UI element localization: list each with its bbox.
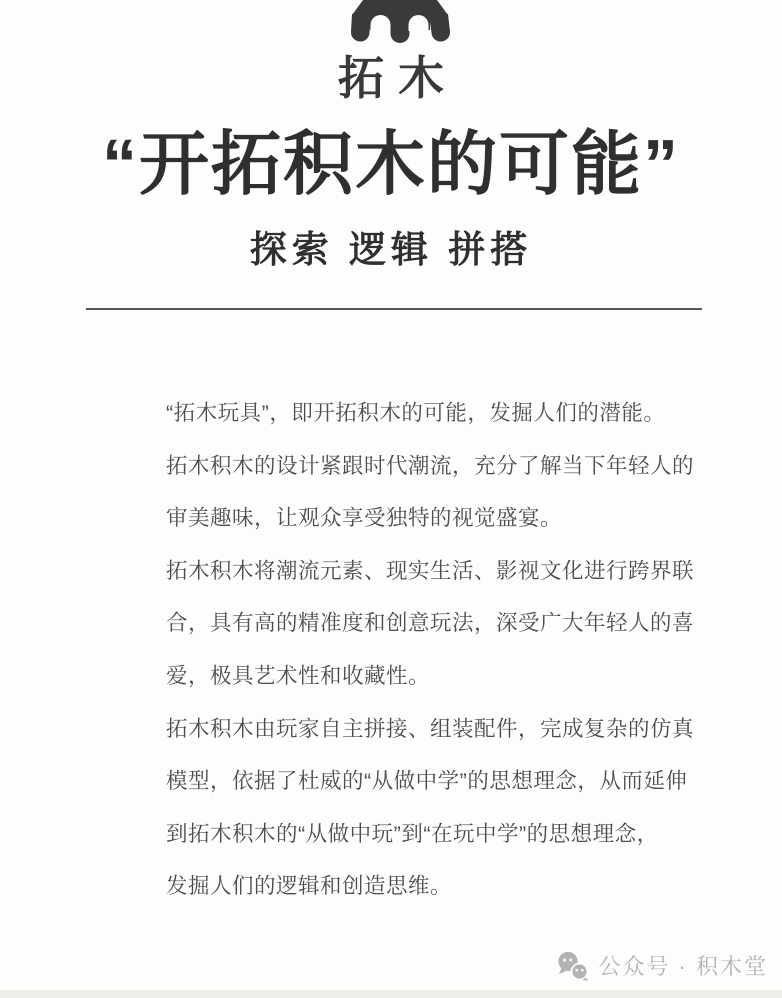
article-line: 到拓木积木的“从做中玩”到“在玩中学”的思想理念， [166,808,646,861]
article-line: 发掘人们的逻辑和创造思维。 [166,860,646,913]
divider-rule [86,308,702,310]
subtitle: 探索 逻辑 拼搭 [0,227,782,273]
brand-logotype: 拓木 [0,52,782,104]
bottom-strip [0,990,782,998]
article-line: 拓木积木将潮流元素、现实生活、影视文化进行跨界联 [166,545,646,598]
wechat-icon [557,951,590,982]
article-line: 爱，极具艺术性和收藏性。 [166,650,646,703]
watermark-label: 公众号 · 积木堂 [598,951,768,982]
brand-logo [340,0,460,46]
awning-mark-icon [340,0,460,46]
article-line: 拓木积木由玩家自主拼接、组装配件，完成复杂的仿真 [166,703,646,756]
poster-page: 拓木 “开拓积木的可能” 探索 逻辑 拼搭 “拓木玩具”，即开拓积木的可能，发掘… [0,0,782,998]
article-line: 审美趣味，让观众享受独特的视觉盛宴。 [166,492,646,545]
article-text: “拓木玩具”，即开拓积木的可能，发掘人们的潜能。拓木积木的设计紧跟时代潮流，充分… [166,387,646,913]
article-line: 模型，依据了杜威的“从做中学”的思想理念，从而延伸 [166,755,646,808]
article-line: 拓木积木的设计紧跟时代潮流，充分了解当下年轻人的 [166,440,646,493]
article-line: “拓木玩具”，即开拓积木的可能，发掘人们的潜能。 [166,387,646,440]
wechat-watermark: 公众号 · 积木堂 [557,948,768,984]
article-line: 合，具有高的精准度和创意玩法，深受广大年轻人的喜 [166,597,646,650]
page-title: “开拓积木的可能” [0,118,782,210]
